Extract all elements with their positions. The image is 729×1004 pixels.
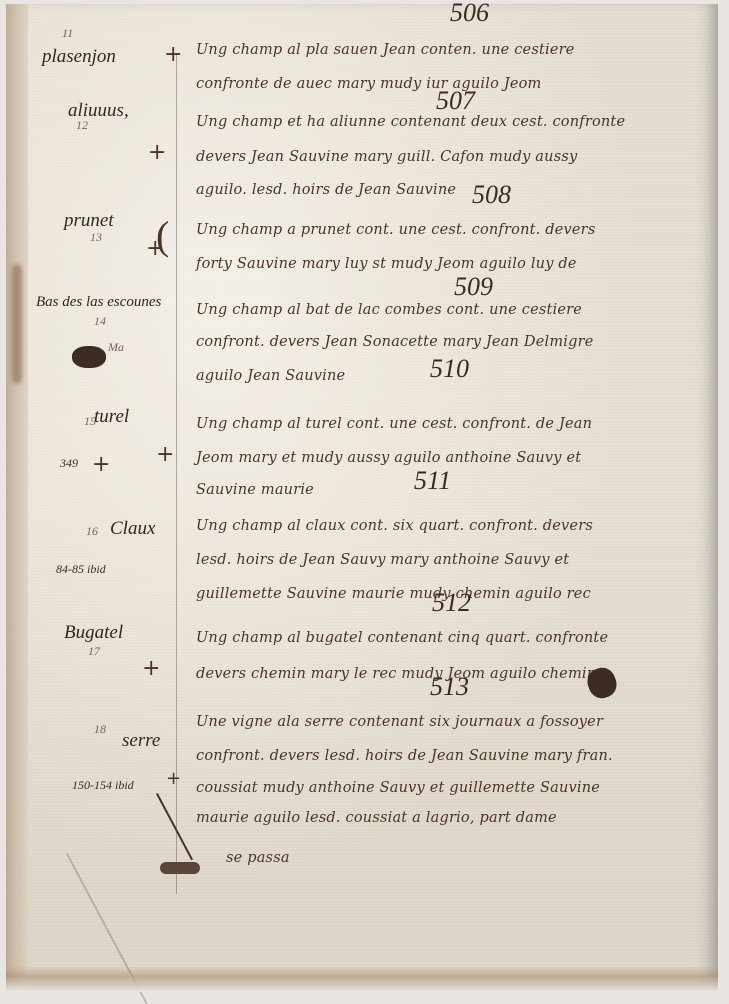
margin-place-name: prunet [64,210,114,232]
cross-mark-icon: + [146,238,164,260]
entry-number: 510 [430,354,469,384]
ink-blot [160,862,200,874]
entry-line: Ung champ al turel cont. une cest. confr… [196,416,592,432]
cross-mark-icon: + [148,142,166,164]
entry-line: Ung champ al pla sauen Jean conten. une … [196,42,575,58]
entry-line: se passa [226,850,290,866]
margin-index: 16 [86,524,98,539]
spine-stain [12,264,22,384]
margin-annotation: Ma [108,340,124,355]
cross-mark-icon: + [92,454,110,476]
entry-line: Une vigne ala serre contenant six journa… [196,714,603,730]
binding-spine [6,4,28,992]
entry-number: 506 [450,0,489,28]
margin-reference: 349 [60,456,78,471]
margin-place-name: plasenjon [42,46,116,68]
entry-line: maurie aguilo lesd. coussiat a lagrio, p… [196,810,557,826]
margin-place-name: Claux [110,518,155,540]
entry-line: aguilo Jean Sauvine [196,368,345,384]
entry-line: Ung champ al bat de lac combes cont. une… [196,302,582,318]
entry-line: Ung champ et ha aliunne contenant deux c… [196,114,625,130]
entry-line: guillemette Sauvine maurie mudy chemin a… [196,586,591,602]
entry-number: 507 [436,86,475,116]
margin-index: 14 [94,314,106,329]
margin-reference: 150-154 ibid [72,778,134,793]
margin-index: 18 [94,722,106,737]
entry-number: 512 [432,588,471,618]
margin-index: 11 [62,26,73,41]
manuscript-page: 506 11 plasenjon + Ung champ al pla saue… [6,4,718,992]
margin-place-name: Bas des las escounes [36,294,161,311]
entry-number: 511 [414,466,451,496]
entry-line: confront. devers Jean Sonacette mary Jea… [196,334,594,350]
entry-number: 513 [430,672,469,702]
entry-line: Jeom mary et mudy aussy aguilo anthoine … [196,450,581,466]
entry-line: Ung champ a prunet cont. une cest. confr… [196,222,595,238]
entry-line: forty Sauvine mary luy st mudy Jeom agui… [196,256,577,272]
entry-line: aguilo. lesd. hoirs de Jean Sauvine [196,182,456,198]
margin-reference: 84-85 ibid [56,562,106,577]
entry-line: Sauvine maurie [196,482,314,498]
entry-line: Ung champ al claux cont. six quart. conf… [196,518,593,534]
entry-number: 508 [472,180,511,210]
cross-mark-icon: + [166,770,181,788]
entry-line: confront. devers lesd. hoirs de Jean Sau… [196,748,613,764]
entry-line: confronte de auec mary mudy iur aguilo J… [196,76,542,92]
pointer-stroke [156,793,193,860]
entry-line: devers chemin mary le rec mudy Jeom agui… [196,666,596,682]
entry-line: Ung champ al bugatel contenant cinq quar… [196,630,608,646]
margin-index: 17 [88,644,100,659]
entry-line: lesd. hoirs de Jean Sauvy mary anthoine … [196,552,569,568]
entry-line: devers Jean Sauvine mary guill. Cafon mu… [196,149,577,165]
margin-index: 12 [76,118,88,133]
cross-mark-icon: + [142,658,160,680]
margin-place-name: turel [94,406,129,428]
entry-line: coussiat mudy anthoine Sauvy et guilleme… [196,780,600,796]
cross-mark-icon: + [156,444,174,466]
cross-mark-icon: + [164,44,182,66]
entry-number: 509 [454,272,493,302]
margin-place-name: Bugatel [64,622,123,644]
worn-bottom-edge [6,966,718,992]
margin-place-name: serre [122,730,160,752]
margin-index: 13 [90,230,102,245]
ink-blot [72,346,106,368]
